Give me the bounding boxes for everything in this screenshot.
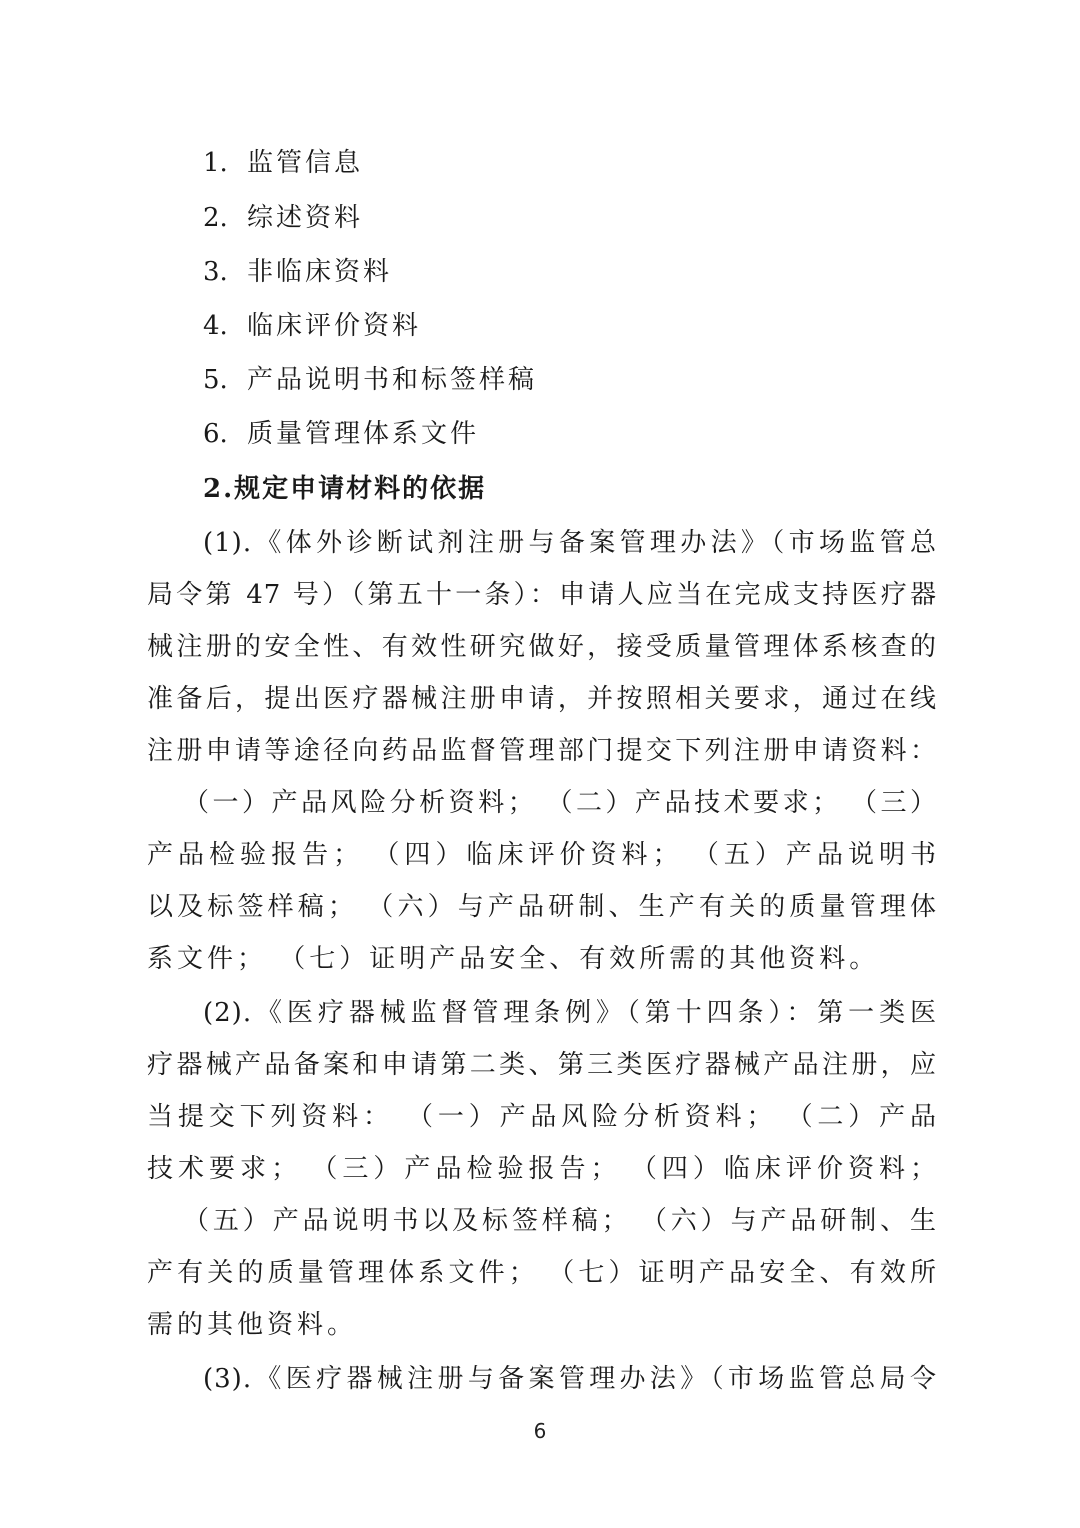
paragraph-line: 产有关的质量管理体系文件； （七）证明产品安全、有效所	[147, 1258, 937, 1288]
list-number: 5.	[203, 365, 247, 395]
paragraph-line: 以及标签样稿； （六）与产品研制、生产有关的质量管理体	[147, 892, 937, 922]
list-item: 5.产品说明书和标签样稿	[203, 365, 537, 395]
list-text: 监管信息	[247, 148, 363, 178]
paragraph-line: （五）产品说明书以及标签样稿； （六）与产品研制、生	[183, 1206, 937, 1236]
list-number: 6.	[203, 419, 247, 449]
list-item: 3.非临床资料	[203, 257, 392, 287]
paragraph-line: (2).《医疗器械监督管理条例》（第十四条）：第一类医	[203, 998, 937, 1028]
list-text: 非临床资料	[247, 257, 392, 287]
page-number: 6	[0, 1419, 1080, 1443]
list-text: 产品说明书和标签样稿	[247, 365, 537, 395]
paragraph-line: 当提交下列资料： （一）产品风险分析资料； （二）产品	[147, 1102, 937, 1132]
list-item: 4.临床评价资料	[203, 311, 421, 341]
list-text: 综述资料	[247, 203, 363, 233]
paragraph-line: 产品检验报告； （四）临床评价资料； （五）产品说明书	[147, 840, 937, 870]
list-item: 2.综述资料	[203, 203, 363, 233]
list-item: 1.监管信息	[203, 148, 363, 178]
paragraph-line: 准备后，提出医疗器械注册申请，并按照相关要求，通过在线	[147, 684, 937, 714]
list-text: 临床评价资料	[247, 311, 421, 341]
paragraph-line: 技术要求； （三）产品检验报告； （四）临床评价资料；	[147, 1154, 937, 1184]
paragraph-line: 注册申请等途径向药品监督管理部门提交下列注册申请资料：	[147, 736, 937, 766]
paragraph-line: 局令第 47 号）（第五十一条）：申请人应当在完成支持医疗器	[147, 580, 937, 610]
list-number: 4.	[203, 311, 247, 341]
paragraph-line: (1).《体外诊断试剂注册与备案管理办法》（市场监管总	[203, 528, 937, 558]
paragraph-line: 需的其他资料。	[147, 1310, 937, 1340]
section-heading: 2.规定申请材料的依据	[203, 474, 486, 504]
paragraph-line: 械注册的安全性、有效性研究做好，接受质量管理体系核查的	[147, 632, 937, 662]
list-number: 3.	[203, 257, 247, 287]
list-text: 质量管理体系文件	[247, 419, 479, 449]
list-number: 1.	[203, 148, 247, 178]
paragraph-line: （一）产品风险分析资料； （二）产品技术要求； （三）	[183, 788, 937, 818]
paragraph-line: 系文件； （七）证明产品安全、有效所需的其他资料。	[147, 944, 937, 974]
list-item: 6.质量管理体系文件	[203, 419, 479, 449]
paragraph-line: (3).《医疗器械注册与备案管理办法》（市场监管总局令	[203, 1364, 937, 1394]
paragraph-line: 疗器械产品备案和申请第二类、第三类医疗器械产品注册，应	[147, 1050, 937, 1080]
list-number: 2.	[203, 203, 247, 233]
